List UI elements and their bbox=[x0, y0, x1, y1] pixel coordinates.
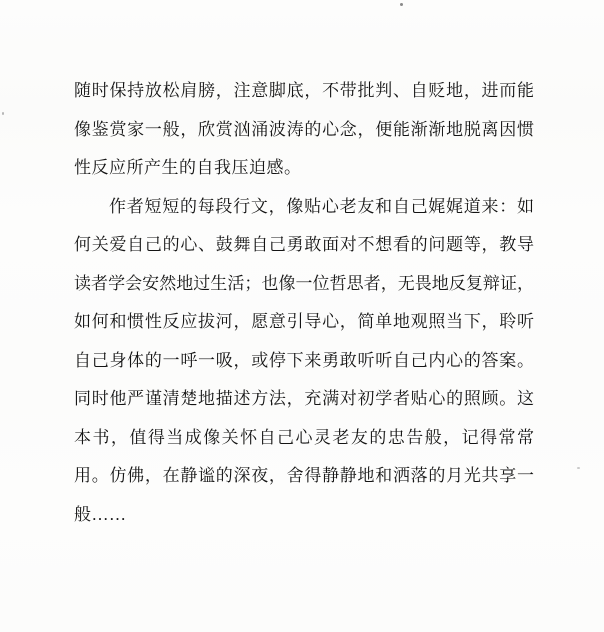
text-line: 随时保持放松肩膀，注意脚底，不带批判、自贬地，进而能 bbox=[74, 72, 534, 111]
text-line: 读者学会安然地过生活；也像一位哲思者，无畏地反复辩证， bbox=[74, 265, 534, 304]
text-line: 本书，值得当成像关怀自己心灵老友的忠告般，记得常常 bbox=[74, 419, 534, 458]
text-line: 作者短短的每段行文，像贴心老友和自己娓娓道来：如 bbox=[74, 188, 534, 227]
scanned-book-page: { "page": { "background": "#fdfdfc", "te… bbox=[0, 0, 604, 632]
text-line: 像鉴赏家一般，欣赏汹涌波涛的心念，便能渐渐地脱离因惯 bbox=[74, 111, 534, 150]
text-line: 用。仿佛，在静谧的深夜，舍得静静地和洒落的月光共享一 bbox=[74, 457, 534, 496]
text-line: 如何和惯性反应拔河，愿意引导心，简单地观照当下，聆听 bbox=[74, 303, 534, 342]
text-line: 何关爱自己的心、鼓舞自己勇敢面对不想看的问题等，教导 bbox=[74, 226, 534, 265]
scan-speck bbox=[2, 112, 4, 115]
text-line: 自己身体的一呼一吸，或停下来勇敢听听自己内心的答案。 bbox=[74, 342, 534, 381]
text-line: 同时他严谨清楚地描述方法，充满对初学者贴心的照顾。这 bbox=[74, 380, 534, 419]
scan-speck bbox=[400, 3, 403, 6]
text-line: 性反应所产生的自我压迫感。 bbox=[74, 149, 534, 188]
text-line: 般…… bbox=[74, 496, 534, 535]
scan-speck bbox=[577, 467, 580, 469]
body-text-block: 随时保持放松肩膀，注意脚底，不带批判、自贬地，进而能 像鉴赏家一般，欣赏汹涌波涛… bbox=[74, 72, 534, 534]
